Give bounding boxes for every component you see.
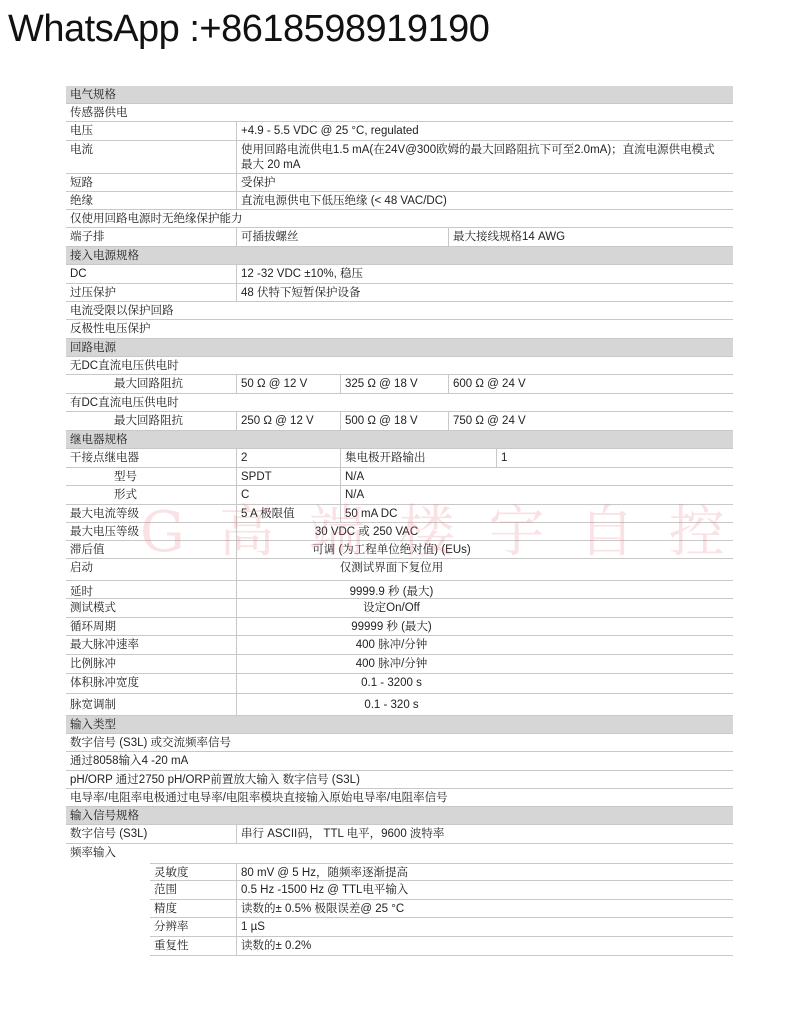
row-value: 仅测试界面下复位用 [236, 559, 546, 580]
row-label: 绝缘 [66, 192, 236, 209]
row-value: 99999 秒 (最大) [236, 618, 546, 635]
row-label: 型号 [110, 468, 236, 485]
row-max-current: 最大电流等级 5 A 极限值 50 mA DC [66, 505, 733, 523]
row-value: 0.1 - 320 s [236, 694, 546, 715]
row-value: +4.9 - 5.5 VDC @ 25 °C, regulated [236, 122, 733, 140]
row-volume-pulse-width: 体积脉冲宽度 0.1 - 3200 s [66, 674, 733, 694]
frequency-subtable: 灵敏度 80 mV @ 5 Hz，随频率逐渐提高 范围 0.5 Hz -1500… [150, 863, 733, 956]
row-voltage: 电压 +4.9 - 5.5 VDC @ 25 °C, regulated [66, 122, 733, 141]
row-label: 电导率/电阻率电极通过电导率/电阻率模块直接输入原始电导率/电阻率信号 [66, 789, 733, 808]
row-test-mode: 测试模式 设定On/Off [66, 599, 733, 618]
spec-sheet: 电气规格 传感器供电 电压 +4.9 - 5.5 VDC @ 25 °C, re… [66, 86, 733, 956]
row-label: 范围 [150, 881, 236, 899]
row-dry-contact: 干接点继电器 2 集电极开路输出 1 [66, 449, 733, 468]
row-relay-form: 形式 C N/A [66, 486, 733, 505]
row-value: 750 Ω @ 24 V [448, 412, 733, 430]
row-proportional-pulse: 比例脉冲 400 脉冲/分钟 [66, 655, 733, 674]
row-label: 形式 [110, 486, 236, 504]
row-max-impedance-with-dc: 最大回路阻抗 250 Ω @ 12 V 500 Ω @ 18 V 750 Ω @… [66, 412, 733, 431]
row-label: pH/ORP 通过2750 pH/ORP前置放大输入 数字信号 (S3L) [66, 771, 733, 790]
row-terminal: 端子排 可插拔螺丝 最大接线规格14 AWG [66, 228, 733, 247]
section-title: 继电器规格 [66, 431, 733, 450]
row-value: 受保护 [236, 174, 733, 191]
value-line: 最大 20 mA [241, 158, 729, 173]
row-label: 频率输入 [66, 844, 733, 863]
row-current: 电流 使用回路电流供电1.5 mA(在24V@300欧姆的最大回路阻抗下可至2.… [66, 141, 733, 174]
row-label: 有DC直流电压供电时 [66, 394, 733, 413]
row-value: 30 VDC 或 250 VAC [236, 523, 496, 540]
row-label: DC [66, 265, 236, 283]
row-reverse-polarity: 反极性电压保护 [66, 320, 733, 339]
row-value: 读数的± 0.2% [236, 937, 733, 955]
row-label: 电流受限以保护回路 [66, 302, 733, 321]
row-value: 串行 ASCII码， TTL 电平，9600 波特率 [236, 825, 733, 843]
section-input-types: 输入类型 [66, 716, 733, 734]
row-label: 重复性 [150, 937, 236, 955]
row-value: 直流电源供电下低压绝缘 (< 48 VAC/DC) [236, 192, 733, 209]
row-short-circuit: 短路 受保护 [66, 174, 733, 192]
row-label: 循环周期 [66, 618, 236, 635]
row-value: 500 Ω @ 18 V [340, 412, 448, 430]
row-label: 仅使用回路电源时无绝缘保护能力 [66, 210, 733, 229]
row-overvoltage: 过压保护 48 伏特下短暂保护设备 [66, 284, 733, 302]
input-type-item: 通过8058输入4 -20 mA [66, 752, 733, 771]
input-type-item: 电导率/电阻率电极通过电导率/电阻率模块直接输入原始电导率/电阻率信号 [66, 789, 733, 807]
row-label: 传感器供电 [66, 104, 733, 123]
row-max-pulse-rate: 最大脉冲速率 400 脉冲/分钟 [66, 636, 733, 655]
section-title: 输入信号规格 [66, 807, 733, 826]
row-label: 数字信号 (S3L) 或交流频率信号 [66, 734, 733, 753]
row-label: 最大脉冲速率 [66, 636, 236, 654]
row-label: 延时 [66, 581, 236, 598]
row-label: 最大回路阻抗 [110, 412, 236, 430]
row-value: 50 mA DC [340, 505, 733, 522]
row-sensor-power: 传感器供电 [66, 104, 733, 122]
row-label: 启动 [66, 559, 236, 580]
row-accuracy: 精度 读数的± 0.5% 极限误差@ 25 °C [150, 900, 733, 918]
row-label: 测试模式 [66, 599, 236, 617]
row-label: 滞后值 [66, 541, 236, 558]
row-value: 80 mV @ 5 Hz，随频率逐渐提高 [236, 864, 733, 880]
section-title: 接入电源规格 [66, 247, 733, 266]
row-value: 0.1 - 3200 s [236, 674, 546, 693]
section-loop-power: 回路电源 [66, 339, 733, 357]
row-label: 过压保护 [66, 284, 236, 301]
section-title: 回路电源 [66, 339, 733, 358]
row-dc: DC 12 -32 VDC ±10%, 稳压 [66, 265, 733, 284]
row-current-limit: 电流受限以保护回路 [66, 302, 733, 320]
input-type-item: pH/ORP 通过2750 pH/ORP前置放大输入 数字信号 (S3L) [66, 771, 733, 789]
row-frequency-input: 频率输入 [66, 844, 733, 863]
whatsapp-contact-header: WhatsApp :+8618598919190 [8, 8, 489, 51]
section-input-signal: 输入信号规格 [66, 807, 733, 825]
section-relay: 继电器规格 [66, 431, 733, 449]
row-value: 1 µS [236, 918, 733, 936]
row-label: 无DC直流电压供电时 [66, 357, 733, 376]
row-value: 读数的± 0.5% 极限误差@ 25 °C [236, 900, 733, 917]
row-repeatability: 重复性 读数的± 0.2% [150, 937, 733, 956]
row-label: 通过8058输入4 -20 mA [66, 752, 733, 771]
section-supply: 接入电源规格 [66, 247, 733, 265]
row-without-dc: 无DC直流电压供电时 [66, 357, 733, 375]
value-line: 使用回路电流供电1.5 mA(在24V@300欧姆的最大回路阻抗下可至2.0mA… [241, 143, 729, 158]
row-value: 400 脉冲/分钟 [236, 636, 546, 654]
row-isolation: 绝缘 直流电源供电下低压绝缘 (< 48 VAC/DC) [66, 192, 733, 210]
row-value: 50 Ω @ 12 V [236, 375, 340, 393]
row-relay-type: 型号 SPDT N/A [66, 468, 733, 486]
row-label: 最大回路阻抗 [110, 375, 236, 393]
row-digital-signal: 数字信号 (S3L) 串行 ASCII码， TTL 电平，9600 波特率 [66, 825, 733, 844]
row-value: 400 脉冲/分钟 [236, 655, 546, 673]
row-label: 反极性电压保护 [66, 320, 733, 339]
row-value: SPDT [236, 468, 340, 485]
section-title: 电气规格 [66, 86, 733, 105]
row-label: 电压 [66, 122, 236, 140]
input-type-item: 数字信号 (S3L) 或交流频率信号 [66, 734, 733, 752]
row-value: 设定On/Off [236, 599, 546, 617]
row-max-voltage: 最大电压等级 30 VDC 或 250 VAC [66, 523, 733, 541]
section-electrical: 电气规格 [66, 86, 733, 104]
row-value: 9999.9 秒 (最大) [236, 581, 546, 598]
row-value: 250 Ω @ 12 V [236, 412, 340, 430]
row-value: 1 [496, 449, 733, 467]
row-label: 端子排 [66, 228, 236, 246]
row-sensitivity: 灵敏度 80 mV @ 5 Hz，随频率逐渐提高 [150, 863, 733, 881]
row-delay: 延时 9999.9 秒 (最大) [66, 581, 733, 599]
row-with-dc: 有DC直流电压供电时 [66, 394, 733, 412]
row-value: N/A [340, 468, 733, 485]
row-label: 精度 [150, 900, 236, 917]
row-hysteresis: 滞后值 可调 (为工程单位绝对值) (EUs) [66, 541, 733, 559]
row-label: 最大电压等级 [66, 523, 236, 540]
row-value: 可调 (为工程单位绝对值) (EUs) [236, 541, 546, 558]
row-value: 可插拔螺丝 [236, 228, 448, 246]
row-label: 干接点继电器 [66, 449, 236, 467]
row-label: 短路 [66, 174, 236, 191]
row-value: 600 Ω @ 24 V [448, 375, 733, 393]
row-no-isolation-note: 仅使用回路电源时无绝缘保护能力 [66, 210, 733, 228]
row-label: 比例脉冲 [66, 655, 236, 673]
row-value: 5 A 极限值 [236, 505, 340, 522]
row-max-impedance-without-dc: 最大回路阻抗 50 Ω @ 12 V 325 Ω @ 18 V 600 Ω @ … [66, 375, 733, 394]
row-value: 12 -32 VDC ±10%, 稳压 [236, 265, 733, 283]
row-cycle-period: 循环周期 99999 秒 (最大) [66, 618, 733, 636]
row-label: 最大电流等级 [66, 505, 236, 522]
row-label: 体积脉冲宽度 [66, 674, 236, 693]
row-label: 电流 [66, 141, 236, 173]
row-label: 数字信号 (S3L) [66, 825, 236, 843]
row-value: 48 伏特下短暂保护设备 [236, 284, 733, 301]
row-value: 2 [236, 449, 340, 467]
row-range: 范围 0.5 Hz -1500 Hz @ TTL电平输入 [150, 881, 733, 900]
row-value: 最大接线规格14 AWG [448, 228, 733, 246]
row-label: 分辨率 [150, 918, 236, 936]
row-pwm: 脉宽调制 0.1 - 320 s [66, 694, 733, 716]
row-label: 灵敏度 [150, 864, 236, 880]
row-value: N/A [340, 486, 733, 504]
row-value: C [236, 486, 340, 504]
row-value: 使用回路电流供电1.5 mA(在24V@300欧姆的最大回路阻抗下可至2.0mA… [236, 141, 733, 173]
row-resolution: 分辨率 1 µS [150, 918, 733, 937]
row-value: 325 Ω @ 18 V [340, 375, 448, 393]
row-label: 集电极开路输出 [340, 449, 496, 467]
row-startup: 启动 仅测试界面下复位用 [66, 559, 733, 581]
row-value: 0.5 Hz -1500 Hz @ TTL电平输入 [236, 881, 733, 899]
row-label: 脉宽调制 [66, 694, 236, 715]
section-title: 输入类型 [66, 716, 733, 735]
